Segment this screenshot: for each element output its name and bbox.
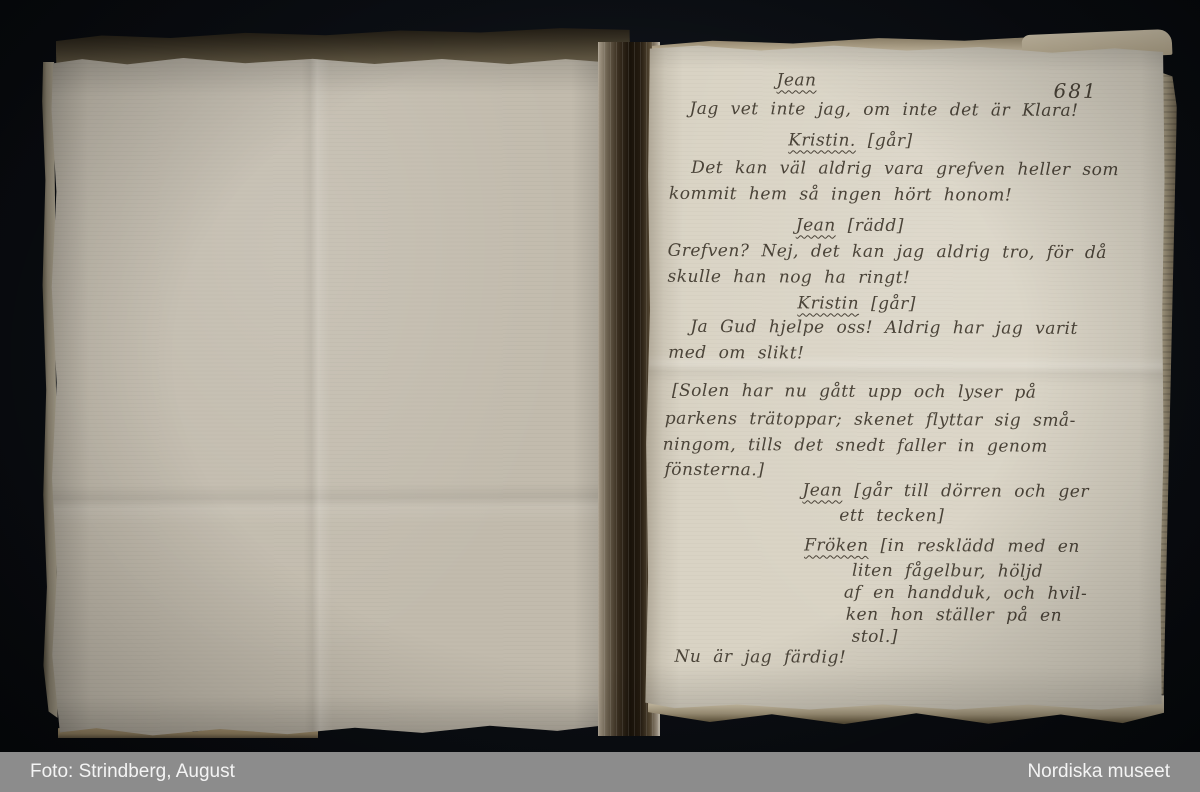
stage-direction-line: parkens trätoppar; skenet flyttar sig sm… xyxy=(665,409,1076,431)
character-name: Jean xyxy=(802,480,842,500)
dialogue-line: Nu är jag färdig! xyxy=(674,647,846,668)
character-cue: Kristin. [går] xyxy=(788,130,913,151)
dialogue-line: Grefven? Nej, det kan jag aldrig tro, fö… xyxy=(668,241,1107,263)
character-name: Fröken xyxy=(804,535,869,555)
character-cue: Jean [går till dörren och ger xyxy=(802,480,1089,502)
dialogue-line: Jag vet inte jag, om inte det är Klara! xyxy=(689,99,1078,121)
character-name: Jean xyxy=(796,215,836,235)
dialogue-line: Det kan väl aldrig vara grefven heller s… xyxy=(691,158,1119,180)
stage-direction: [in resklädd med en xyxy=(880,536,1079,557)
character-cue: Jean [rädd] xyxy=(796,215,904,236)
stage-direction-line: [Solen har nu gått upp och lyser på xyxy=(672,381,1037,403)
character-cue: Jean xyxy=(777,70,817,90)
dialogue-line: med om slikt! xyxy=(668,343,804,364)
stage-direction: [går] xyxy=(871,294,916,314)
caption-bar: Foto: Strindberg, August Nordiska museet xyxy=(0,752,1200,792)
museum-credit: Nordiska museet xyxy=(1027,761,1170,783)
page-number: 681 xyxy=(1053,79,1097,103)
stage-direction-line: af en handduk, och hvil- xyxy=(844,583,1087,604)
left-blank-page xyxy=(49,53,614,737)
stage-direction-line: fönsterna.] xyxy=(664,460,764,481)
photo-credit: Foto: Strindberg, August xyxy=(30,761,235,783)
stage-direction: [går till dörren och ger xyxy=(854,481,1089,502)
stage-direction-line: ken hon ställer på en xyxy=(846,605,1062,626)
dialogue-line: kommit hem så ingen hört honom! xyxy=(669,184,1012,206)
manuscript-page: 681 Jean Jag vet inte jag, om inte det ä… xyxy=(643,43,1166,714)
character-name: Jean xyxy=(777,70,817,90)
stage-direction-line: ningom, tills det snedt faller in genom xyxy=(663,435,1048,457)
character-cue: Kristin [går] xyxy=(797,293,916,314)
manuscript-photo: 681 Jean Jag vet inte jag, om inte det ä… xyxy=(0,0,1200,792)
character-name: Kristin. xyxy=(788,130,856,150)
stage-direction: [går] xyxy=(868,131,913,151)
stage-direction-line: stol.] xyxy=(852,627,898,647)
character-name: Kristin xyxy=(797,293,859,313)
character-cue: Fröken [in resklädd med en xyxy=(804,535,1080,556)
dialogue-line: Ja Gud hjelpe oss! Aldrig har jag varit xyxy=(690,317,1078,339)
stage-direction-line: liten fågelbur, höljd xyxy=(852,561,1043,582)
dialogue-line: skulle han nog ha ringt! xyxy=(667,267,910,288)
stage-direction: [rädd] xyxy=(848,216,904,236)
stage-direction-line: ett tecken] xyxy=(839,506,944,527)
